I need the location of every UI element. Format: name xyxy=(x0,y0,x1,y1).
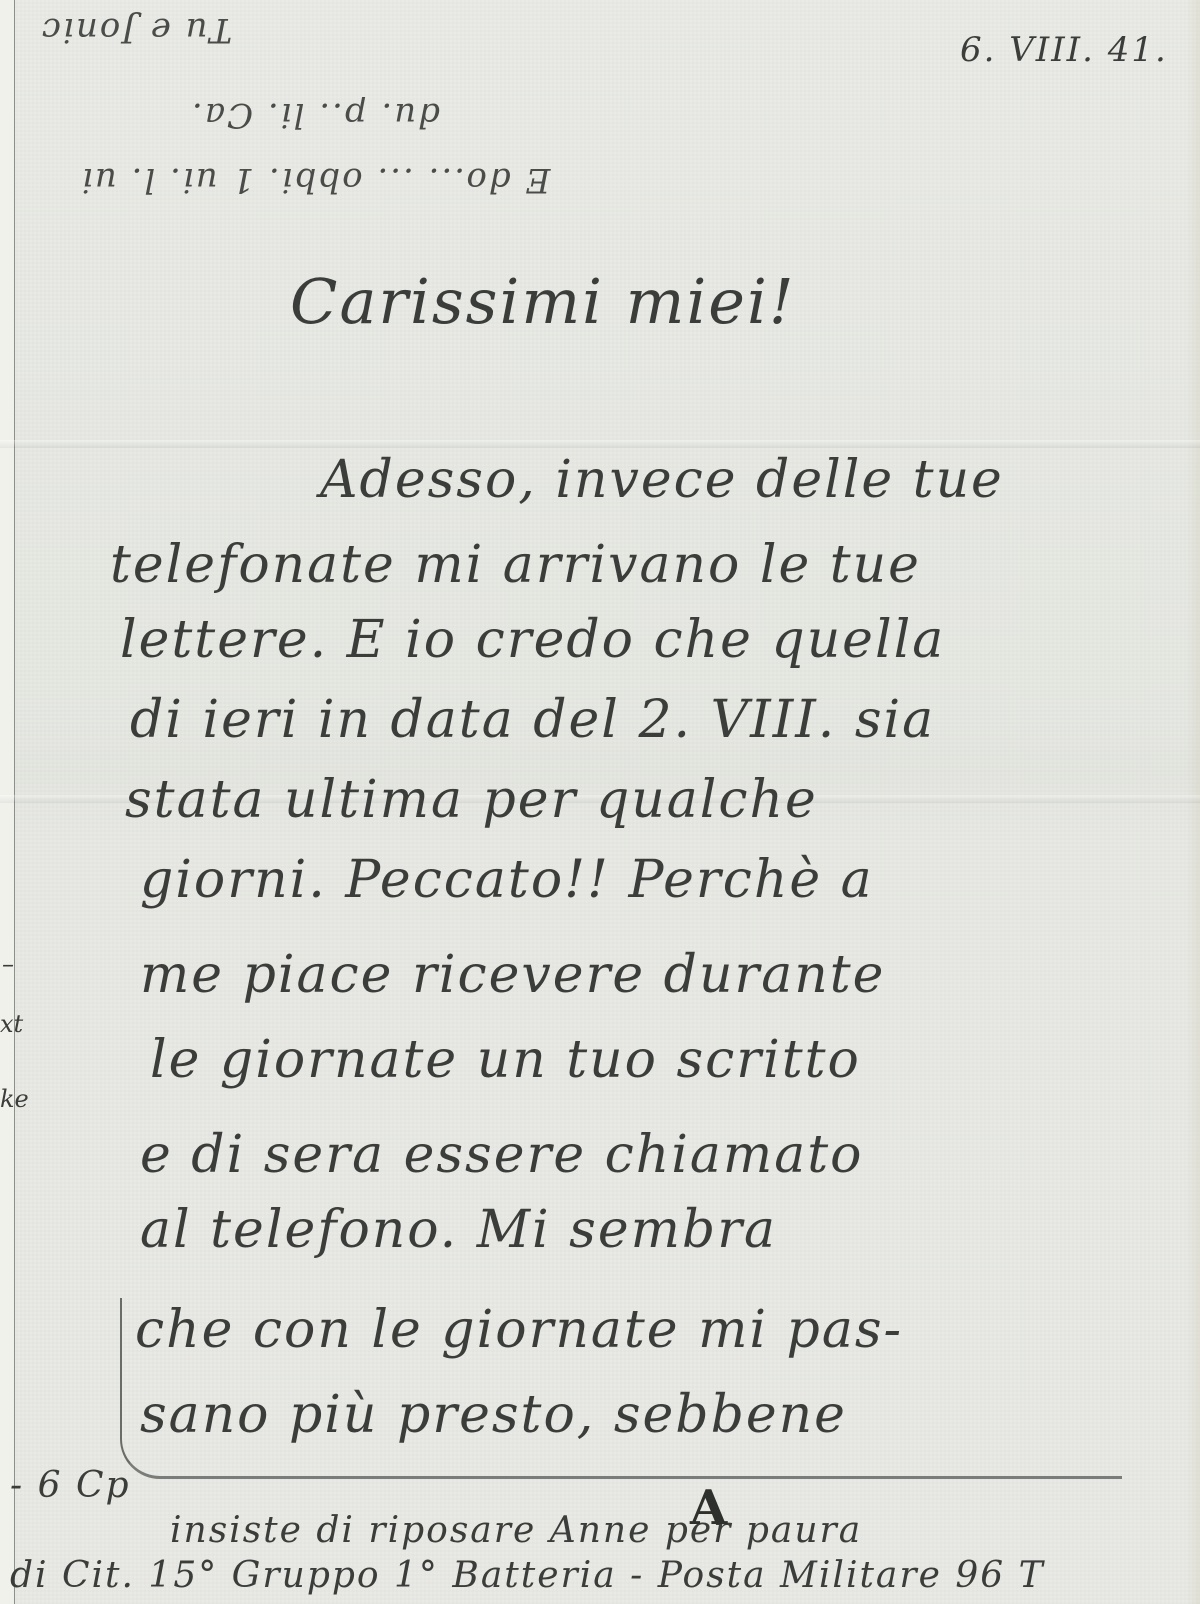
body-line: e di sera essere chiamato xyxy=(140,1125,863,1185)
paper-fold xyxy=(0,440,1200,448)
body-line: giorni. Peccato!! Perchè a xyxy=(140,850,874,910)
upside-down-note-line: Tu e Jonic xyxy=(40,10,232,50)
bracket-annotation xyxy=(120,1298,1122,1479)
signature-initial: A xyxy=(690,1480,727,1536)
body-line: al telefono. Mi sembra xyxy=(140,1200,777,1260)
body-line: me piace ricevere durante xyxy=(140,945,885,1005)
body-line: le giornate un tuo scritto xyxy=(150,1030,861,1090)
letter-page: Tu e Jonic du. p.. li. Ca. E do... ... o… xyxy=(0,0,1200,1604)
body-line: lettere. E io credo che quella xyxy=(120,610,945,670)
margin-mark: – xyxy=(2,950,14,978)
margin-mark: xt xyxy=(0,1010,23,1038)
upside-down-note-line: du. p.. li. Ca. xyxy=(190,95,440,135)
body-line: stata ultima per qualche xyxy=(125,770,818,830)
body-line: telefonate mi arrivano le tue xyxy=(110,535,921,595)
body-line: di ieri in data del 2. VIII. sia xyxy=(130,690,935,750)
footer-address: di Cit. 15° Gruppo 1° Batteria - Posta M… xyxy=(10,1555,1045,1596)
margin-mark: ke xyxy=(0,1085,29,1113)
body-line: Adesso, invece delle tue xyxy=(320,450,1004,510)
footer-margin-note: - 6 Cp xyxy=(10,1465,131,1506)
greeting: Carissimi miei! xyxy=(290,265,796,338)
letter-date: 6. VIII. 41. xyxy=(960,30,1168,70)
upside-down-note-line: E do... ... obbi. 1 ui. l. ui xyxy=(80,160,550,200)
footer-line: insiste di riposare Anne per paura xyxy=(170,1510,862,1551)
